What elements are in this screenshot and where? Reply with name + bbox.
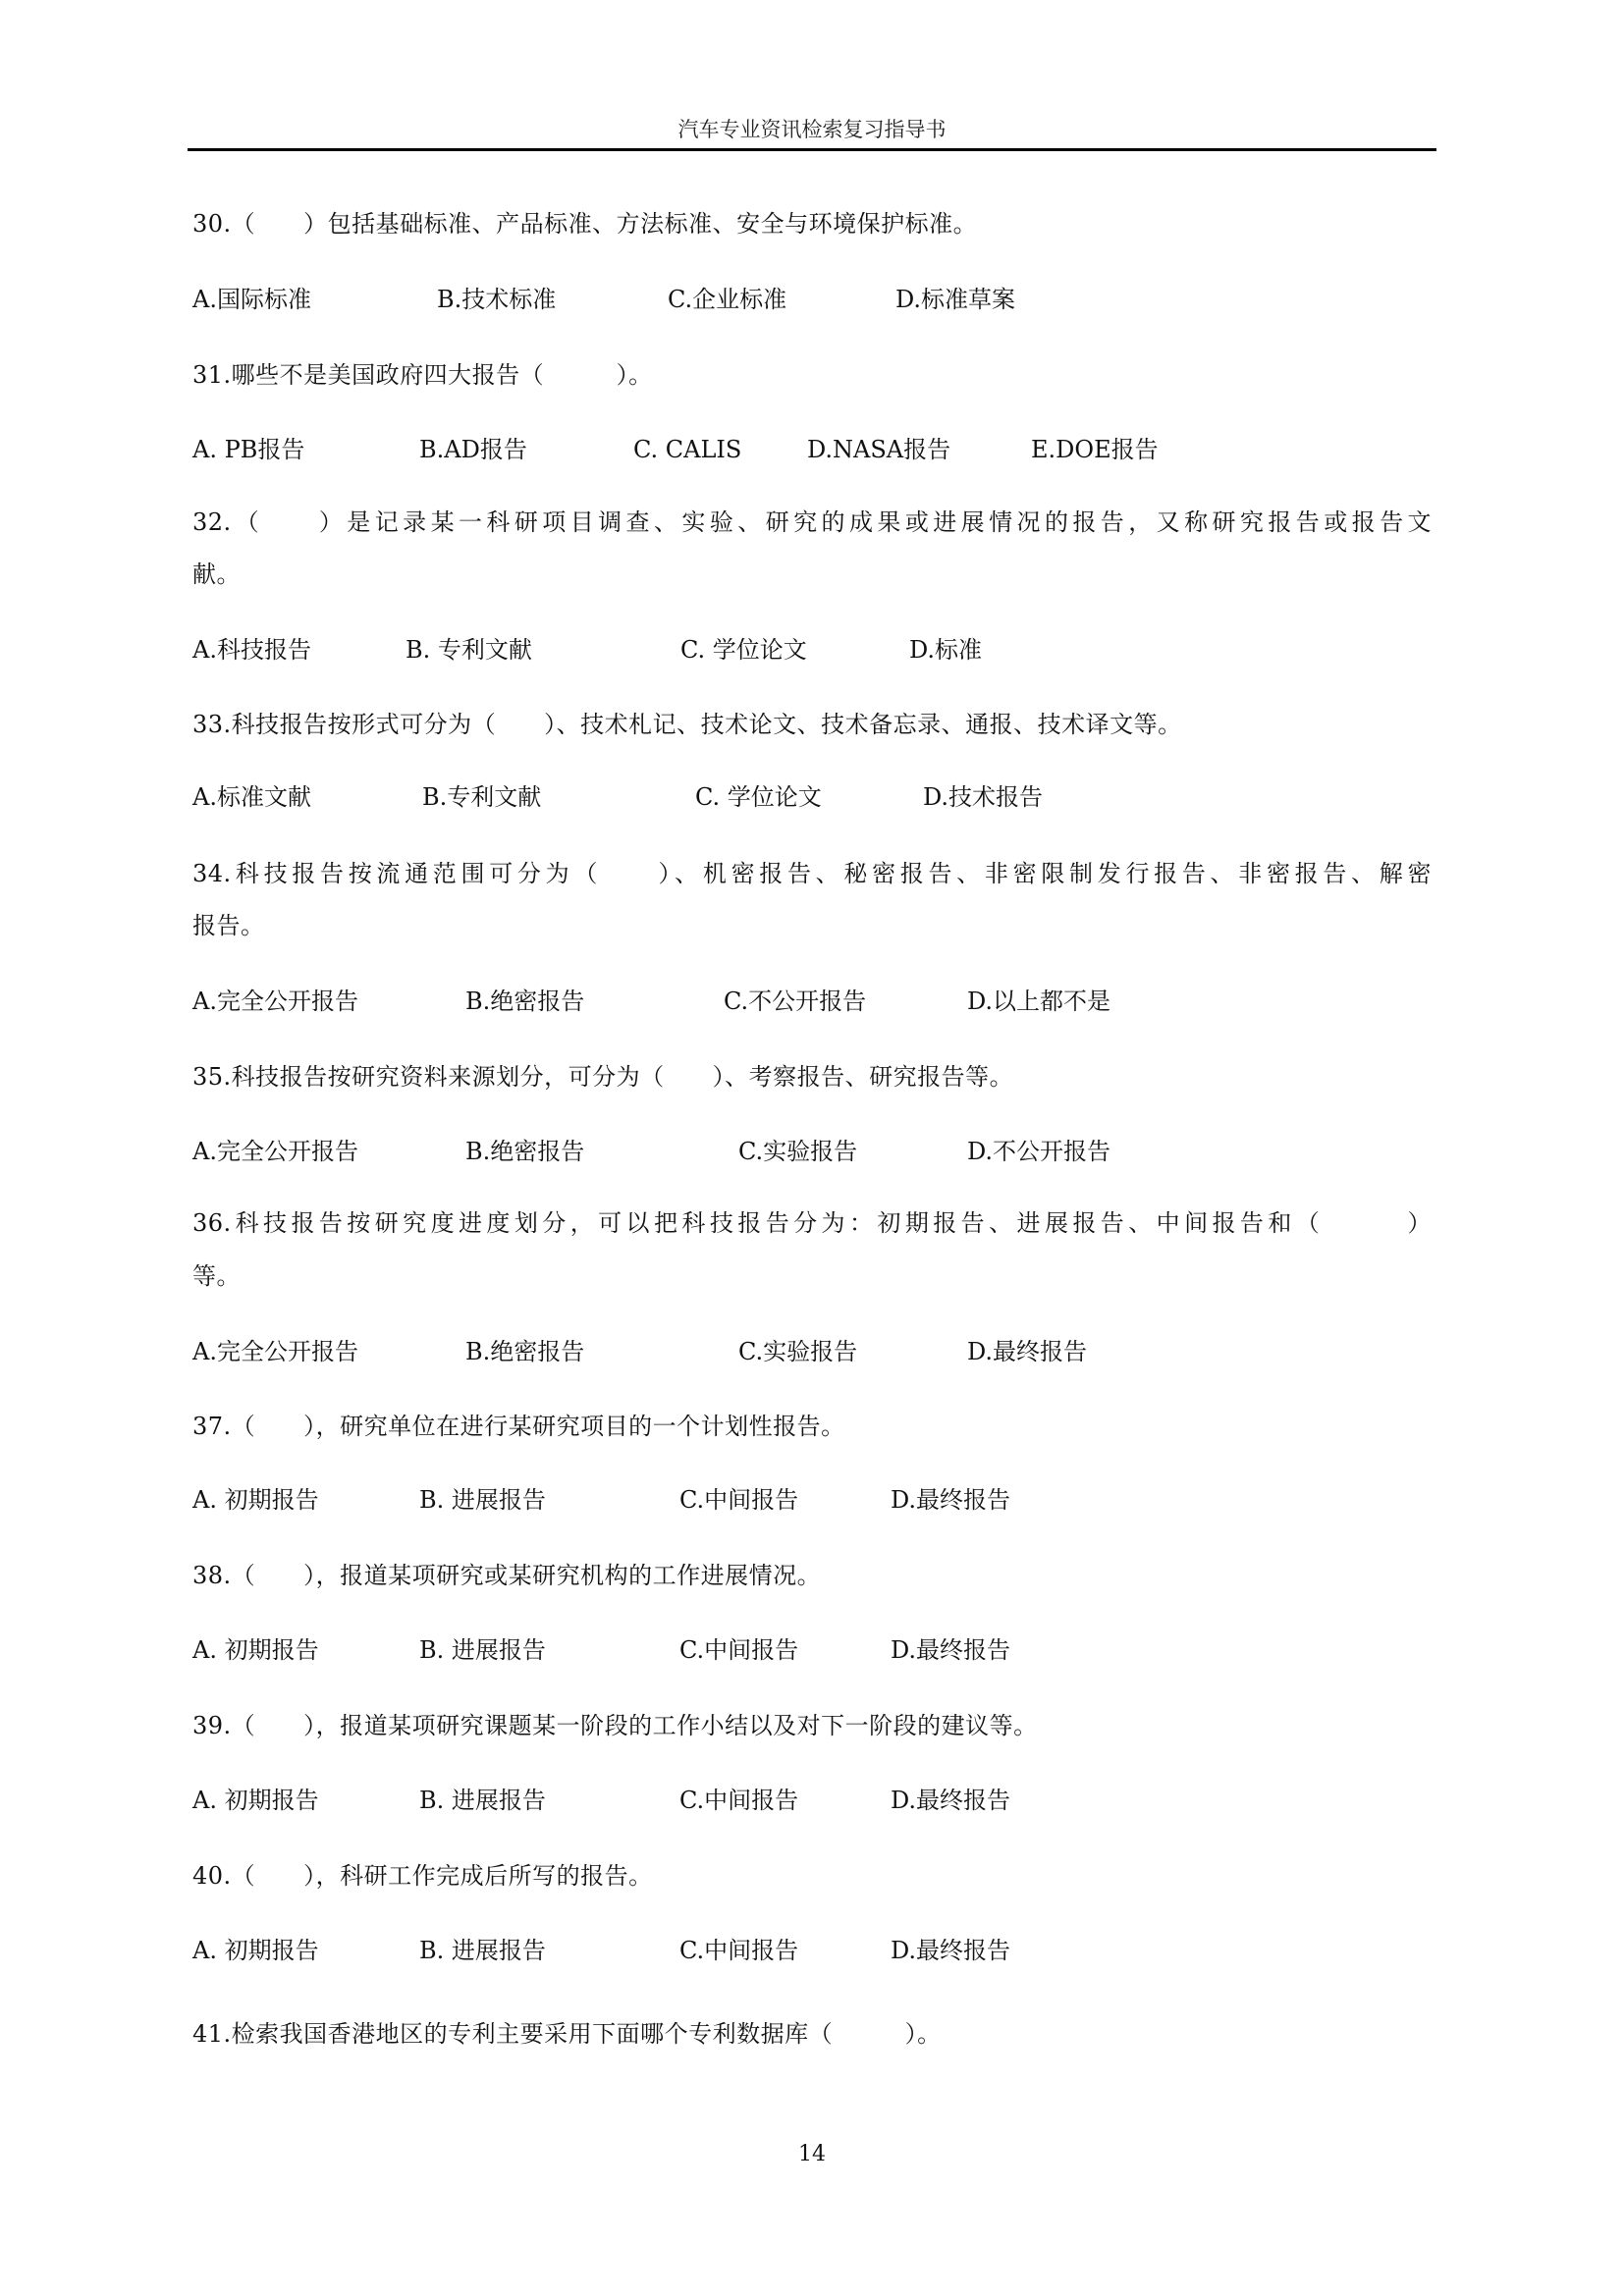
question-35-text: 35.科技报告按研究资料来源划分，可分为（ ）、考察报告、研究报告等。	[192, 1061, 1013, 1093]
option-a: A.完全公开报告	[192, 986, 358, 1017]
option-c: C. 学位论文	[695, 781, 822, 813]
option-a: A.完全公开报告	[192, 1336, 358, 1367]
option-b: B.专利文献	[422, 781, 541, 813]
option-b: B. 进展报告	[419, 1484, 546, 1516]
question-39-text: 39.（ ），报道某项研究课题某一阶段的工作小结以及对下一阶段的建议等。	[192, 1710, 1038, 1741]
option-d: D.最终报告	[891, 1484, 1010, 1516]
option-c: C.中间报告	[679, 1634, 798, 1666]
option-d: D.标准草案	[895, 284, 1015, 315]
option-d: D.NASA报告	[807, 434, 950, 465]
option-c: C.不公开报告	[724, 986, 866, 1017]
option-a: A. 初期报告	[192, 1484, 319, 1516]
question-33-text: 33.科技报告按形式可分为（ ）、技术札记、技术论文、技术备忘录、通报、技术译文…	[192, 709, 1182, 740]
option-a: A.科技报告	[192, 634, 311, 666]
option-a: A.国际标准	[192, 284, 311, 315]
question-38-text: 38.（ ），报道某项研究或某研究机构的工作进展情况。	[192, 1560, 821, 1591]
question-37-text: 37.（ ），研究单位在进行某研究项目的一个计划性报告。	[192, 1411, 845, 1442]
option-d: D.最终报告	[891, 1634, 1010, 1666]
question-31-text: 31.哪些不是美国政府四大报告（ ）。	[192, 359, 653, 391]
question-34-text-line-2: 报告。	[192, 910, 265, 941]
question-40-text: 40.（ ），科研工作完成后所写的报告。	[192, 1860, 653, 1892]
option-c: C.中间报告	[679, 1935, 798, 1966]
page-number: 14	[0, 2140, 1624, 2169]
option-d: D.技术报告	[923, 781, 1043, 813]
option-b: B. 专利文献	[406, 634, 532, 666]
option-d: D.最终报告	[967, 1336, 1087, 1367]
option-c: C. 学位论文	[680, 634, 807, 666]
option-c: C.中间报告	[679, 1785, 798, 1816]
question-30-text: 30.（ ）包括基础标准、产品标准、方法标准、安全与环境保护标准。	[192, 208, 977, 240]
option-a: A. 初期报告	[192, 1634, 319, 1666]
option-c: C.中间报告	[679, 1484, 798, 1516]
option-b: B.绝密报告	[465, 1336, 584, 1367]
option-b: B.绝密报告	[465, 986, 584, 1017]
option-a: A.标准文献	[192, 781, 311, 813]
option-c: C.实验报告	[738, 1136, 857, 1167]
option-d: D.以上都不是	[967, 986, 1110, 1017]
option-a: A. 初期报告	[192, 1935, 319, 1966]
option-d: D.标准	[909, 634, 982, 666]
option-b: B.AD报告	[419, 434, 527, 465]
option-b: B.技术标准	[437, 284, 556, 315]
option-d: D.最终报告	[891, 1785, 1010, 1816]
option-c: C.企业标准	[668, 284, 786, 315]
option-e: E.DOE报告	[1031, 434, 1159, 465]
question-34-text-line-1: 34.科技报告按流通范围可分为（ ）、机密报告、秘密报告、非密限制发行报告、非密…	[192, 858, 1432, 889]
option-c: C.实验报告	[738, 1336, 857, 1367]
option-d: D.不公开报告	[967, 1136, 1110, 1167]
question-36-text-line-2: 等。	[192, 1260, 241, 1292]
option-a: A. 初期报告	[192, 1785, 319, 1816]
option-b: B. 进展报告	[419, 1634, 546, 1666]
option-b: B. 进展报告	[419, 1785, 546, 1816]
option-d: D.最终报告	[891, 1935, 1010, 1966]
question-32-text-line-2: 献。	[192, 559, 241, 590]
running-header-title: 汽车专业资讯检索复习指导书	[0, 116, 1624, 143]
question-41-text: 41.检索我国香港地区的专利主要采用下面哪个专利数据库（ ）。	[192, 2018, 942, 2050]
option-c: C. CALIS	[633, 434, 741, 465]
question-32-text-line-1: 32.（ ）是记录某一科研项目调查、实验、研究的成果或进展情况的报告，又称研究报…	[192, 507, 1432, 538]
question-36-text-line-1: 36.科技报告按研究度进度划分，可以把科技报告分为：初期报告、进展报告、中间报告…	[192, 1207, 1432, 1239]
option-a: A.完全公开报告	[192, 1136, 358, 1167]
option-a: A. PB报告	[192, 434, 304, 465]
option-b: B.绝密报告	[465, 1136, 584, 1167]
header-divider	[188, 148, 1436, 151]
option-b: B. 进展报告	[419, 1935, 546, 1966]
